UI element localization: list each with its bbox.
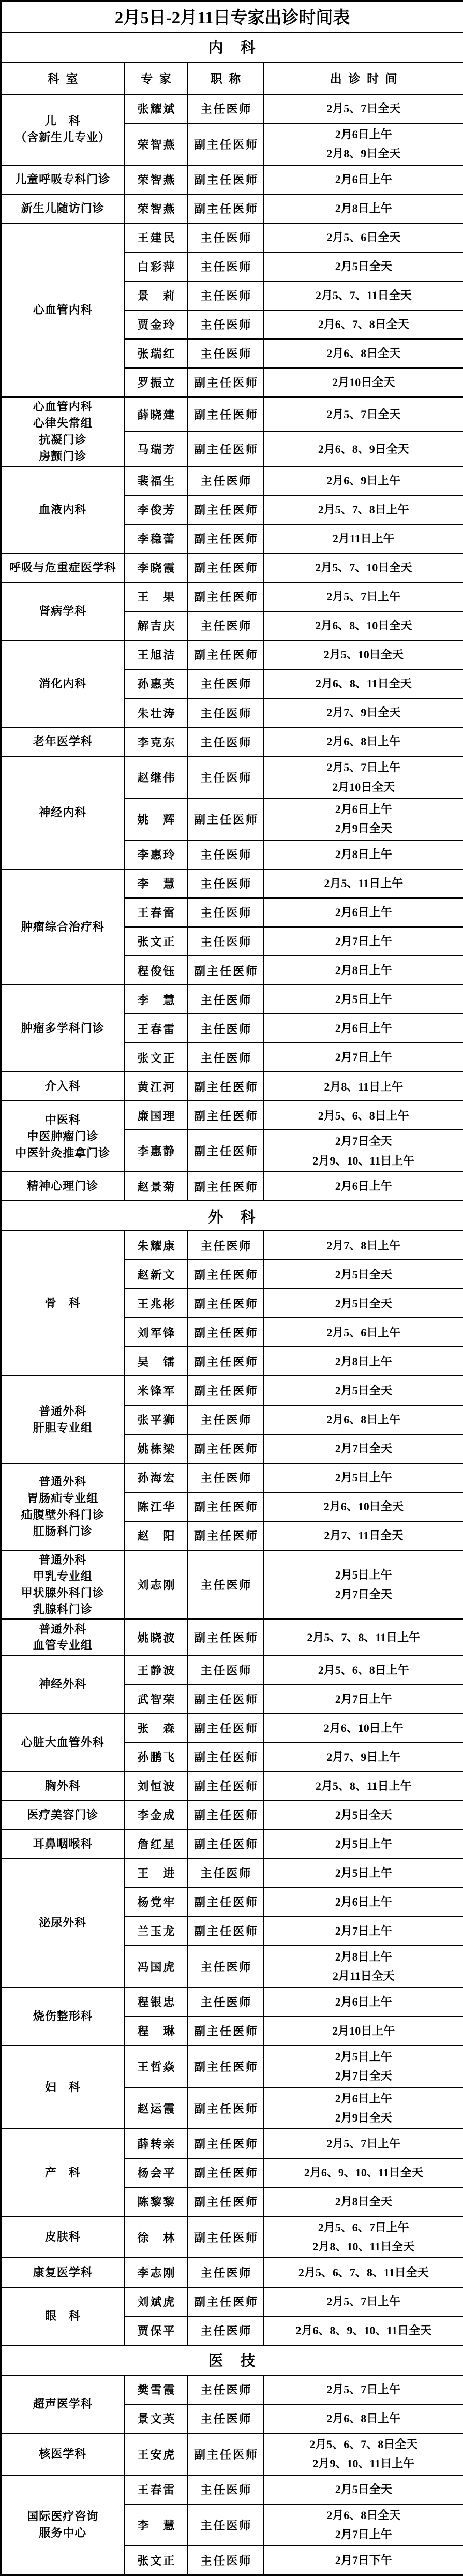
schedule-time-cell: 2月6日上午 2月9日全天 (264, 2087, 463, 2129)
schedule-time-cell: 2月7日上午 (264, 1043, 463, 1072)
page-title: 2月5日-2月11日专家出诊时间表 (1, 1, 463, 32)
doctor-title-cell: 主任医师 (188, 466, 264, 495)
schedule-time-cell: 2月6、7、8日全天 (264, 310, 463, 339)
schedule-time-cell: 2月5、7、8、11日上午 (264, 1619, 463, 1655)
doctor-row: 神经外科王静波主任医师2月5、6、8日上午 (1, 1655, 463, 1684)
doctor-row: 烧伤整形科程银忠主任医师2月6日上午 (1, 1988, 463, 2016)
doctor-name-cell: 程俊钰 (125, 956, 188, 985)
department-cell: 普通外科 肝胆专业组 (1, 1376, 125, 1463)
doctor-name-cell: 王哲焱 (125, 2045, 188, 2087)
doctor-name-cell: 王春雷 (125, 1014, 188, 1043)
schedule-time-cell: 2月5日上午 2月7日全天 (264, 1550, 463, 1620)
schedule-time-cell: 2月5日全天 (264, 252, 463, 281)
doctor-name-cell: 孙鹏飞 (125, 1742, 188, 1771)
doctor-name-cell: 廉国理 (125, 1101, 188, 1130)
doctor-title-cell: 副主任医师 (188, 1289, 264, 1318)
schedule-time-cell: 2月6日上午 (264, 898, 463, 927)
schedule-time-cell: 2月7日下午 (264, 2546, 463, 2575)
schedule-time-cell: 2月5、7日全天 (264, 94, 463, 123)
doctor-title-cell: 主任医师 (188, 1463, 264, 1492)
department-cell: 消化内科 (1, 640, 125, 727)
doctor-name-cell: 赵新文 (125, 1260, 188, 1289)
department-cell: 儿 科 （含新生儿专业） (1, 94, 125, 165)
doctor-name-cell: 赵运霞 (125, 2087, 188, 2129)
schedule-time-cell: 2月5、7日全天 (264, 397, 463, 432)
department-cell: 神经内科 (1, 756, 125, 869)
doctor-title-cell: 副主任医师 (188, 1772, 264, 1801)
schedule-time-cell: 2月5日上午 (264, 985, 463, 1014)
doctor-row: 儿 科 （含新生儿专业）张耀斌主任医师2月5、7日全天 (1, 94, 463, 123)
doctor-name-cell: 薛转亲 (125, 2129, 188, 2158)
doctor-name-cell: 赵景菊 (125, 1172, 188, 1201)
schedule-time-cell: 2月6、8日全天 (264, 339, 463, 368)
doctor-row: 肿瘤多学科门诊李 慧主任医师2月5日上午 (1, 985, 463, 1014)
schedule-time-cell: 2月7、9日上午 (264, 1742, 463, 1771)
doctor-title-cell: 副主任医师 (188, 123, 264, 165)
doctor-title-cell: 副主任医师 (188, 1318, 264, 1347)
doctor-title-cell: 副主任医师 (188, 397, 264, 432)
doctor-name-cell: 程银忠 (125, 1988, 188, 2016)
doctor-row: 普通外科 血管专业组姚晓波副主任医师2月5、7、8、11日上午 (1, 1619, 463, 1655)
doctor-name-cell: 陈江华 (125, 1492, 188, 1521)
department-cell: 烧伤整形科 (1, 1988, 125, 2045)
schedule-time-cell: 2月5、7日上午 (264, 2129, 463, 2158)
doctor-name-cell: 冯国虎 (125, 1946, 188, 1988)
doctor-title-cell: 副主任医师 (188, 1684, 264, 1713)
doctor-name-cell: 刘军锋 (125, 1318, 188, 1347)
schedule-time-cell: 2月6、10日全天 (264, 1492, 463, 1521)
schedule-time-cell: 2月5、6、8日上午 (264, 1101, 463, 1130)
schedule-time-cell: 2月5日上午 (264, 1463, 463, 1492)
doctor-title-cell: 副主任医师 (188, 798, 264, 840)
doctor-row: 消化内科王旭洁副主任医师2月5、10日全天 (1, 640, 463, 669)
schedule-time-cell: 2月10日全天 (264, 368, 463, 397)
schedule-time-cell: 2月7日上午 (264, 1917, 463, 1946)
doctor-row: 精神心理门诊赵景菊副主任医师2月6日上午 (1, 1172, 463, 1201)
section-title: 内 科 (1, 32, 463, 62)
doctor-title-cell: 主任医师 (188, 1988, 264, 2016)
doctor-name-cell: 李 慧 (125, 2504, 188, 2546)
schedule-time-cell: 2月6、8、9、10、11日全天 (264, 2316, 463, 2345)
column-header-row: 科室专家职称出诊时间 (1, 62, 463, 94)
schedule-time-cell: 2月7、9日全天 (264, 698, 463, 727)
doctor-name-cell: 王旭洁 (125, 640, 188, 669)
department-cell: 血液内科 (1, 466, 125, 553)
section-header-row: 外 科 (1, 1201, 463, 1231)
schedule-time-cell: 2月6、8、11日全天 (264, 669, 463, 698)
doctor-row: 中医科 中医肿瘤门诊 中医针灸推拿门诊廉国理副主任医师2月5、6、8日上午 (1, 1101, 463, 1130)
schedule-time-cell: 2月5日上午 (264, 1830, 463, 1859)
doctor-row: 血液内科裴福生主任医师2月6、9日上午 (1, 466, 463, 495)
doctor-title-cell: 主任医师 (188, 840, 264, 869)
column-header: 出诊时间 (264, 62, 463, 94)
doctor-row: 超声医学科樊雪霞主任医师2月5、7日上午 (1, 2375, 463, 2404)
doctor-row: 眼 科刘斌虎副主任医师2月5、7日上午 (1, 2287, 463, 2316)
doctor-title-cell: 副主任医师 (188, 432, 264, 466)
department-cell: 普通外科 血管专业组 (1, 1619, 125, 1655)
schedule-time-cell: 2月8日上午 2月11日全天 (264, 1946, 463, 1988)
department-cell: 新生儿随访门诊 (1, 194, 125, 223)
schedule-time-cell: 2月5、6、8日上午 (264, 1655, 463, 1684)
doctor-title-cell: 主任医师 (188, 252, 264, 281)
doctor-row: 皮肤科徐 林副主任医师2月5、6、7日上午 2月8、10、11日全天 (1, 2216, 463, 2258)
doctor-title-cell: 副主任医师 (188, 2045, 264, 2087)
doctor-title-cell: 副主任医师 (188, 1072, 264, 1101)
doctor-name-cell: 张耀斌 (125, 94, 188, 123)
doctor-row: 心血管内科王建民主任医师2月5、6日全天 (1, 223, 463, 252)
doctor-name-cell: 李 慧 (125, 869, 188, 898)
doctor-name-cell: 李晓霞 (125, 553, 188, 582)
schedule-time-cell: 2月5日上午 (264, 1859, 463, 1888)
schedule-time-cell: 2月6日上午 2月9日全天 (264, 798, 463, 840)
doctor-name-cell: 解吉庆 (125, 611, 188, 640)
department-cell: 康复医学科 (1, 2258, 125, 2287)
doctor-name-cell: 马瑞芳 (125, 432, 188, 466)
doctor-name-cell: 王 果 (125, 582, 188, 611)
doctor-row: 医疗美容门诊李金成副主任医师2月5日全天 (1, 1801, 463, 1830)
department-cell: 肿瘤多学科门诊 (1, 985, 125, 1072)
schedule-time-cell: 2月6日上午 (264, 1888, 463, 1917)
schedule-time-cell: 2月7、8日上午 (264, 1231, 463, 1260)
doctor-title-cell: 主任医师 (188, 1231, 264, 1260)
doctor-row: 肿瘤综合治疗科李 慧主任医师2月5、11日上午 (1, 869, 463, 898)
doctor-title-cell: 主任医师 (188, 310, 264, 339)
doctor-title-cell: 副主任医师 (188, 194, 264, 223)
doctor-name-cell: 黄江河 (125, 1072, 188, 1101)
doctor-name-cell: 王安虎 (125, 2433, 188, 2475)
doctor-title-cell: 副主任医师 (188, 1101, 264, 1130)
schedule-time-cell: 2月5、7、10日全天 (264, 553, 463, 582)
doctor-name-cell: 李惠静 (125, 1130, 188, 1172)
doctor-title-cell: 副主任医师 (188, 1260, 264, 1289)
doctor-title-cell: 副主任医师 (188, 2187, 264, 2216)
section-header-row: 医 技 (1, 2345, 463, 2375)
doctor-title-cell: 副主任医师 (188, 1801, 264, 1830)
doctor-title-cell: 主任医师 (188, 2404, 264, 2433)
doctor-title-cell: 副主任医师 (188, 1172, 264, 1201)
doctor-name-cell: 王兆彬 (125, 1289, 188, 1318)
doctor-title-cell: 主任医师 (188, 2475, 264, 2504)
schedule-time-cell: 2月6、9日上午 (264, 466, 463, 495)
doctor-name-cell: 武智荣 (125, 1684, 188, 1713)
schedule-time-cell: 2月5、11日上午 (264, 869, 463, 898)
doctor-row: 呼吸与危重症医学科李晓霞副主任医师2月5、7、10日全天 (1, 553, 463, 582)
doctor-row: 耳鼻咽喉科詹红星副主任医师2月5日上午 (1, 1830, 463, 1859)
doctor-name-cell: 徐 林 (125, 2216, 188, 2258)
schedule-time-cell: 2月5日全天 (264, 1801, 463, 1830)
department-cell: 胸外科 (1, 1772, 125, 1801)
doctor-title-cell: 副主任医师 (188, 640, 264, 669)
doctor-title-cell: 主任医师 (188, 281, 264, 310)
column-header: 专家 (125, 62, 188, 94)
doctor-name-cell: 李志刚 (125, 2258, 188, 2287)
column-header: 科室 (1, 62, 125, 94)
doctor-title-cell: 主任医师 (188, 756, 264, 798)
section-title: 医 技 (1, 2345, 463, 2375)
schedule-time-cell: 2月10日上午 (264, 2016, 463, 2045)
doctor-name-cell: 荣智燕 (125, 123, 188, 165)
doctor-row: 神经内科赵继伟主任医师2月5、7日上午 2月10日全天 (1, 756, 463, 798)
doctor-name-cell: 李克东 (125, 727, 188, 756)
schedule-time-cell: 2月5日全天 (264, 1289, 463, 1318)
schedule-time-cell: 2月6日上午 2月8、9日全天 (264, 123, 463, 165)
department-cell: 核医学科 (1, 2433, 125, 2475)
doctor-row: 普通外科 肝胆专业组米锋军副主任医师2月5日全天 (1, 1376, 463, 1405)
schedule-table: 2月5日-2月11日专家出诊时间表内 科科室专家职称出诊时间儿 科 （含新生儿专… (0, 0, 463, 2576)
department-cell: 医疗美容门诊 (1, 1801, 125, 1830)
doctor-title-cell: 主任医师 (188, 985, 264, 1014)
doctor-row: 介入科黄江河副主任医师2月8、11日上午 (1, 1072, 463, 1101)
doctor-title-cell: 主任医师 (188, 1946, 264, 1988)
schedule-time-cell: 2月6日上午 (264, 1988, 463, 2016)
doctor-name-cell: 米锋军 (125, 1376, 188, 1405)
schedule-time-cell: 2月8日上午 (264, 1347, 463, 1376)
schedule-time-cell: 2月5日全天 (264, 2475, 463, 2504)
doctor-row: 骨 科朱耀康主任医师2月7、8日上午 (1, 1231, 463, 1260)
doctor-row: 肾病学科王 果副主任医师2月5、7日上午 (1, 582, 463, 611)
department-cell: 眼 科 (1, 2287, 125, 2345)
doctor-title-cell: 副主任医师 (188, 1434, 264, 1463)
doctor-row: 心脏大血管外科张 森副主任医师2月6、10日上午 (1, 1713, 463, 1742)
doctor-title-cell: 主任医师 (188, 869, 264, 898)
doctor-title-cell: 副主任医师 (188, 2216, 264, 2258)
department-cell: 呼吸与危重症医学科 (1, 553, 125, 582)
doctor-row: 妇 科王哲焱副主任医师2月5日上午 2月7日全天 (1, 2045, 463, 2087)
doctor-title-cell: 副主任医师 (188, 1619, 264, 1655)
schedule-time-cell: 2月8日上午 (264, 194, 463, 223)
doctor-row: 儿童呼吸专科门诊荣智燕副主任医师2月6日上午 (1, 165, 463, 194)
doctor-title-cell: 副主任医师 (188, 1830, 264, 1859)
schedule-time-cell: 2月5、7日上午 (264, 2375, 463, 2404)
doctor-title-cell: 副主任医师 (188, 1917, 264, 1946)
doctor-name-cell: 刘志刚 (125, 1550, 188, 1620)
doctor-name-cell: 景文英 (125, 2404, 188, 2433)
doctor-title-cell: 副主任医师 (188, 495, 264, 524)
department-cell: 肾病学科 (1, 582, 125, 640)
doctor-row: 新生儿随访门诊荣智燕副主任医师2月8日上午 (1, 194, 463, 223)
doctor-name-cell: 姚栋梁 (125, 1434, 188, 1463)
doctor-name-cell: 刘恒波 (125, 1772, 188, 1801)
doctor-row: 产 科薛转亲副主任医师2月5、7日上午 (1, 2129, 463, 2158)
department-cell: 普通外科 甲乳专业组 甲状腺外科门诊 乳腺科门诊 (1, 1550, 125, 1620)
doctor-title-cell: 主任医师 (188, 339, 264, 368)
doctor-title-cell: 主任医师 (188, 1405, 264, 1434)
department-cell: 产 科 (1, 2129, 125, 2216)
doctor-name-cell: 兰玉龙 (125, 1917, 188, 1946)
doctor-row: 老年医学科李克东主任医师2月6、8日上午 (1, 727, 463, 756)
department-cell: 耳鼻咽喉科 (1, 1830, 125, 1859)
doctor-title-cell: 主任医师 (188, 2375, 264, 2404)
schedule-time-cell: 2月5、7日上午 (264, 582, 463, 611)
doctor-name-cell: 张 森 (125, 1713, 188, 1742)
schedule-time-cell: 2月5、7日上午 2月10日全天 (264, 756, 463, 798)
doctor-name-cell: 李金成 (125, 1801, 188, 1830)
doctor-name-cell: 王春雷 (125, 2475, 188, 2504)
doctor-name-cell: 张平狮 (125, 1405, 188, 1434)
doctor-title-cell: 副主任医师 (188, 2016, 264, 2045)
doctor-name-cell: 詹红星 (125, 1830, 188, 1859)
department-cell: 皮肤科 (1, 2216, 125, 2258)
department-cell: 老年医学科 (1, 727, 125, 756)
doctor-name-cell: 陈黎黎 (125, 2187, 188, 2216)
department-cell: 儿童呼吸专科门诊 (1, 165, 125, 194)
doctor-name-cell: 白彩萍 (125, 252, 188, 281)
doctor-row: 核医学科王安虎副主任医师2月5、6、7、8日全天 2月9、10、11日上午 (1, 2433, 463, 2475)
doctor-row: 普通外科 胃肠疝专业组 疝腹壁外科门诊 肛肠科门诊孙海宏主任医师2月5日上午 (1, 1463, 463, 1492)
doctor-name-cell: 姚 辉 (125, 798, 188, 840)
doctor-title-cell: 副主任医师 (188, 368, 264, 397)
doctor-title-cell: 副主任医师 (188, 1888, 264, 1917)
doctor-title-cell: 主任医师 (188, 898, 264, 927)
schedule-time-cell: 2月6、8、9日全天 (264, 432, 463, 466)
title-row: 2月5日-2月11日专家出诊时间表 (1, 1, 463, 32)
doctor-name-cell: 李稳蕾 (125, 524, 188, 553)
doctor-name-cell: 程 琳 (125, 2016, 188, 2045)
doctor-title-cell: 主任医师 (188, 1859, 264, 1888)
doctor-name-cell: 朱壮涛 (125, 698, 188, 727)
doctor-title-cell: 副主任医师 (188, 1742, 264, 1771)
doctor-title-cell: 主任医师 (188, 94, 264, 123)
doctor-name-cell: 朱耀康 (125, 1231, 188, 1260)
doctor-name-cell: 赵 阳 (125, 1521, 188, 1550)
doctor-title-cell: 副主任医师 (188, 1376, 264, 1405)
department-cell: 介入科 (1, 1072, 125, 1101)
schedule-time-cell: 2月7日全天 (264, 1434, 463, 1463)
department-cell: 心脏大血管外科 (1, 1713, 125, 1771)
doctor-name-cell: 孙海宏 (125, 1463, 188, 1492)
department-cell: 中医科 中医肿瘤门诊 中医针灸推拿门诊 (1, 1101, 125, 1172)
doctor-title-cell: 主任医师 (188, 2504, 264, 2546)
schedule-time-cell: 2月5、8、11日上午 (264, 1772, 463, 1801)
doctor-title-cell: 副主任医师 (188, 582, 264, 611)
doctor-name-cell: 张文正 (125, 2546, 188, 2575)
schedule-time-cell: 2月6、8、10日全天 (264, 611, 463, 640)
doctor-name-cell: 王静波 (125, 1655, 188, 1684)
schedule-time-cell: 2月6、8日上午 (264, 1405, 463, 1434)
doctor-name-cell: 张瑞红 (125, 339, 188, 368)
section-header-row: 内 科 (1, 32, 463, 62)
doctor-name-cell: 王建民 (125, 223, 188, 252)
schedule-time-cell: 2月6、8日全天 2月7日上午 (264, 2504, 463, 2546)
doctor-row: 康复医学科李志刚主任医师2月5、6、7、8、11日全天 (1, 2258, 463, 2287)
schedule-time-cell: 2月5、6、7日上午 2月8、10、11日全天 (264, 2216, 463, 2258)
schedule-time-cell: 2月5日全天 (264, 1260, 463, 1289)
doctor-name-cell: 薛晓建 (125, 397, 188, 432)
department-cell: 国际医疗咨询 服务中心 (1, 2475, 125, 2575)
doctor-row: 普通外科 甲乳专业组 甲状腺外科门诊 乳腺科门诊刘志刚主任医师2月5日上午 2月… (1, 1550, 463, 1620)
doctor-name-cell: 李 慧 (125, 985, 188, 1014)
doctor-title-cell: 主任医师 (188, 223, 264, 252)
schedule-time-cell: 2月7日全天 2月9、10、11日上午 (264, 1130, 463, 1172)
schedule-time-cell: 2月7、11日全天 (264, 1521, 463, 1550)
schedule-time-cell: 2月6、8日上午 (264, 727, 463, 756)
doctor-name-cell: 张文正 (125, 1043, 188, 1072)
doctor-title-cell: 副主任医师 (188, 1713, 264, 1742)
doctor-row: 胸外科刘恒波副主任医师2月5、8、11日上午 (1, 1772, 463, 1801)
doctor-title-cell: 副主任医师 (188, 2158, 264, 2187)
department-cell: 神经外科 (1, 1655, 125, 1713)
doctor-row: 心血管内科 心律失常组 抗凝门诊 房颤门诊薛晓建副主任医师2月5、7日全天 (1, 397, 463, 432)
department-cell: 心血管内科 (1, 223, 125, 397)
doctor-title-cell: 副主任医师 (188, 2433, 264, 2475)
schedule-table-body: 2月5日-2月11日专家出诊时间表内 科科室专家职称出诊时间儿 科 （含新生儿专… (1, 1, 463, 2575)
doctor-title-cell: 主任医师 (188, 611, 264, 640)
doctor-title-cell: 主任医师 (188, 1550, 264, 1620)
doctor-title-cell: 主任医师 (188, 669, 264, 698)
doctor-name-cell: 景 莉 (125, 281, 188, 310)
schedule-time-cell: 2月6、8日上午 (264, 2404, 463, 2433)
doctor-title-cell: 主任医师 (188, 2316, 264, 2345)
doctor-name-cell: 杨党牢 (125, 1888, 188, 1917)
schedule-time-cell: 2月8日全天 (264, 2187, 463, 2216)
section-title: 外 科 (1, 1201, 463, 1231)
doctor-title-cell: 主任医师 (188, 1043, 264, 1072)
department-cell: 妇 科 (1, 2045, 125, 2129)
doctor-title-cell: 副主任医师 (188, 2129, 264, 2158)
doctor-title-cell: 主任医师 (188, 727, 264, 756)
doctor-title-cell: 副主任医师 (188, 524, 264, 553)
schedule-time-cell: 2月5、7、8日上午 (264, 495, 463, 524)
schedule-time-cell: 2月5、10日全天 (264, 640, 463, 669)
doctor-title-cell: 副主任医师 (188, 1521, 264, 1550)
schedule-time-cell: 2月6、10日上午 (264, 1713, 463, 1742)
schedule-time-cell: 2月5、6、7、8、11日全天 (264, 2258, 463, 2287)
department-cell: 精神心理门诊 (1, 1172, 125, 1201)
doctor-title-cell: 副主任医师 (188, 1492, 264, 1521)
doctor-title-cell: 主任医师 (188, 927, 264, 956)
doctor-name-cell: 荣智燕 (125, 165, 188, 194)
doctor-title-cell: 副主任医师 (188, 1130, 264, 1172)
department-cell: 肿瘤综合治疗科 (1, 869, 125, 985)
doctor-title-cell: 主任医师 (188, 1655, 264, 1684)
schedule-time-cell: 2月5日全天 (264, 1376, 463, 1405)
doctor-name-cell: 刘斌虎 (125, 2287, 188, 2316)
schedule-time-cell: 2月6、9、10、11日全天 (264, 2158, 463, 2187)
doctor-title-cell: 副主任医师 (188, 1347, 264, 1376)
doctor-row: 国际医疗咨询 服务中心王春雷主任医师2月5日全天 (1, 2475, 463, 2504)
schedule-time-cell: 2月11日上午 (264, 524, 463, 553)
doctor-name-cell: 赵继伟 (125, 756, 188, 798)
doctor-name-cell: 杨会平 (125, 2158, 188, 2187)
doctor-name-cell: 张文正 (125, 927, 188, 956)
schedule-time-cell: 2月8日上午 (264, 956, 463, 985)
doctor-name-cell: 贾保平 (125, 2316, 188, 2345)
doctor-name-cell: 姚晓波 (125, 1619, 188, 1655)
doctor-title-cell: 副主任医师 (188, 553, 264, 582)
doctor-row: 泌尿外科王 进主任医师2月5日上午 (1, 1859, 463, 1888)
department-cell: 普通外科 胃肠疝专业组 疝腹壁外科门诊 肛肠科门诊 (1, 1463, 125, 1550)
doctor-name-cell: 王春雷 (125, 898, 188, 927)
schedule-time-cell: 2月6日上午 (264, 1172, 463, 1201)
schedule-time-cell: 2月7日上午 (264, 927, 463, 956)
schedule-time-cell: 2月5、6、7、8日全天 2月9、10、11日上午 (264, 2433, 463, 2475)
doctor-name-cell: 李俊芳 (125, 495, 188, 524)
doctor-title-cell: 主任医师 (188, 1014, 264, 1043)
doctor-name-cell: 吴 镭 (125, 1347, 188, 1376)
doctor-name-cell: 樊雪霞 (125, 2375, 188, 2404)
department-cell: 骨 科 (1, 1231, 125, 1376)
schedule-time-cell: 2月8、11日上午 (264, 1072, 463, 1101)
doctor-name-cell: 贾金玲 (125, 310, 188, 339)
doctor-name-cell: 李惠玲 (125, 840, 188, 869)
schedule-time-cell: 2月5、7、11日全天 (264, 281, 463, 310)
doctor-name-cell: 罗振立 (125, 368, 188, 397)
doctor-name-cell: 孙惠英 (125, 669, 188, 698)
schedule-time-cell: 2月5、6日全天 (264, 223, 463, 252)
department-cell: 心血管内科 心律失常组 抗凝门诊 房颤门诊 (1, 397, 125, 466)
doctor-name-cell: 荣智燕 (125, 194, 188, 223)
schedule-time-cell: 2月8日上午 (264, 840, 463, 869)
